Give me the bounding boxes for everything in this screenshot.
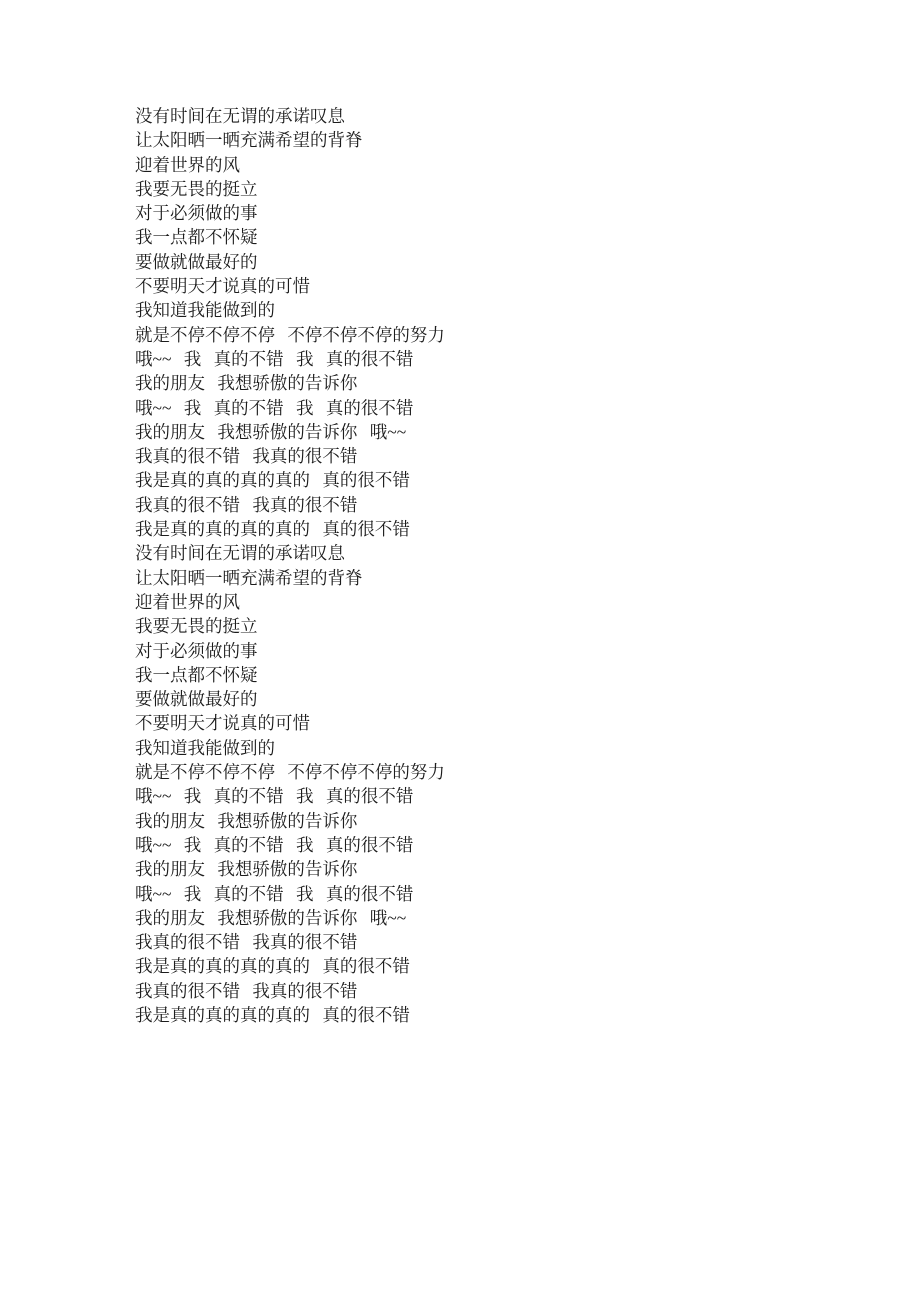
lyric-line: 没有时间在无谓的承诺叹息 xyxy=(135,541,445,565)
lyric-line: 我是真的真的真的真的 真的很不错 xyxy=(135,517,445,541)
lyric-line: 我要无畏的挺立 xyxy=(135,614,445,638)
lyric-line: 我真的很不错 我真的很不错 xyxy=(135,444,445,468)
lyric-line: 我要无畏的挺立 xyxy=(135,177,445,201)
lyric-line: 我的朋友 我想骄傲的告诉你 哦~~ xyxy=(135,420,445,444)
lyric-line: 迎着世界的风 xyxy=(135,153,445,177)
lyric-line: 迎着世界的风 xyxy=(135,590,445,614)
lyric-line: 我知道我能做到的 xyxy=(135,736,445,760)
lyric-line: 哦~~ 我 真的不错 我 真的很不错 xyxy=(135,882,445,906)
lyric-line: 我的朋友 我想骄傲的告诉你 xyxy=(135,809,445,833)
lyric-line: 就是不停不停不停 不停不停不停的努力 xyxy=(135,323,445,347)
lyric-line: 要做就做最好的 xyxy=(135,687,445,711)
lyric-line: 我的朋友 我想骄傲的告诉你 xyxy=(135,857,445,881)
lyric-line: 我是真的真的真的真的 真的很不错 xyxy=(135,1003,445,1027)
lyric-line: 要做就做最好的 xyxy=(135,250,445,274)
lyric-line: 我的朋友 我想骄傲的告诉你 xyxy=(135,371,445,395)
lyric-line: 我一点都不怀疑 xyxy=(135,663,445,687)
lyric-line: 我的朋友 我想骄傲的告诉你 哦~~ xyxy=(135,906,445,930)
lyric-line: 对于必须做的事 xyxy=(135,639,445,663)
lyric-line: 我一点都不怀疑 xyxy=(135,225,445,249)
document-page: 没有时间在无谓的承诺叹息让太阳晒一晒充满希望的背脊迎着世界的风我要无畏的挺立对于… xyxy=(0,0,920,1302)
lyric-line: 我真的很不错 我真的很不错 xyxy=(135,493,445,517)
lyric-line: 让太阳晒一晒充满希望的背脊 xyxy=(135,566,445,590)
lyric-line: 我真的很不错 我真的很不错 xyxy=(135,979,445,1003)
lyric-line: 不要明天才说真的可惜 xyxy=(135,274,445,298)
lyric-line: 我知道我能做到的 xyxy=(135,298,445,322)
lyric-line: 让太阳晒一晒充满希望的背脊 xyxy=(135,128,445,152)
lyric-line: 哦~~ 我 真的不错 我 真的很不错 xyxy=(135,396,445,420)
lyric-line: 哦~~ 我 真的不错 我 真的很不错 xyxy=(135,784,445,808)
lyric-line: 我是真的真的真的真的 真的很不错 xyxy=(135,954,445,978)
lyrics-text-block: 没有时间在无谓的承诺叹息让太阳晒一晒充满希望的背脊迎着世界的风我要无畏的挺立对于… xyxy=(135,104,445,1027)
lyric-line: 就是不停不停不停 不停不停不停的努力 xyxy=(135,760,445,784)
lyric-line: 哦~~ 我 真的不错 我 真的很不错 xyxy=(135,833,445,857)
lyric-line: 不要明天才说真的可惜 xyxy=(135,711,445,735)
lyric-line: 对于必须做的事 xyxy=(135,201,445,225)
lyric-line: 我真的很不错 我真的很不错 xyxy=(135,930,445,954)
lyric-line: 没有时间在无谓的承诺叹息 xyxy=(135,104,445,128)
lyric-line: 我是真的真的真的真的 真的很不错 xyxy=(135,468,445,492)
lyric-line: 哦~~ 我 真的不错 我 真的很不错 xyxy=(135,347,445,371)
